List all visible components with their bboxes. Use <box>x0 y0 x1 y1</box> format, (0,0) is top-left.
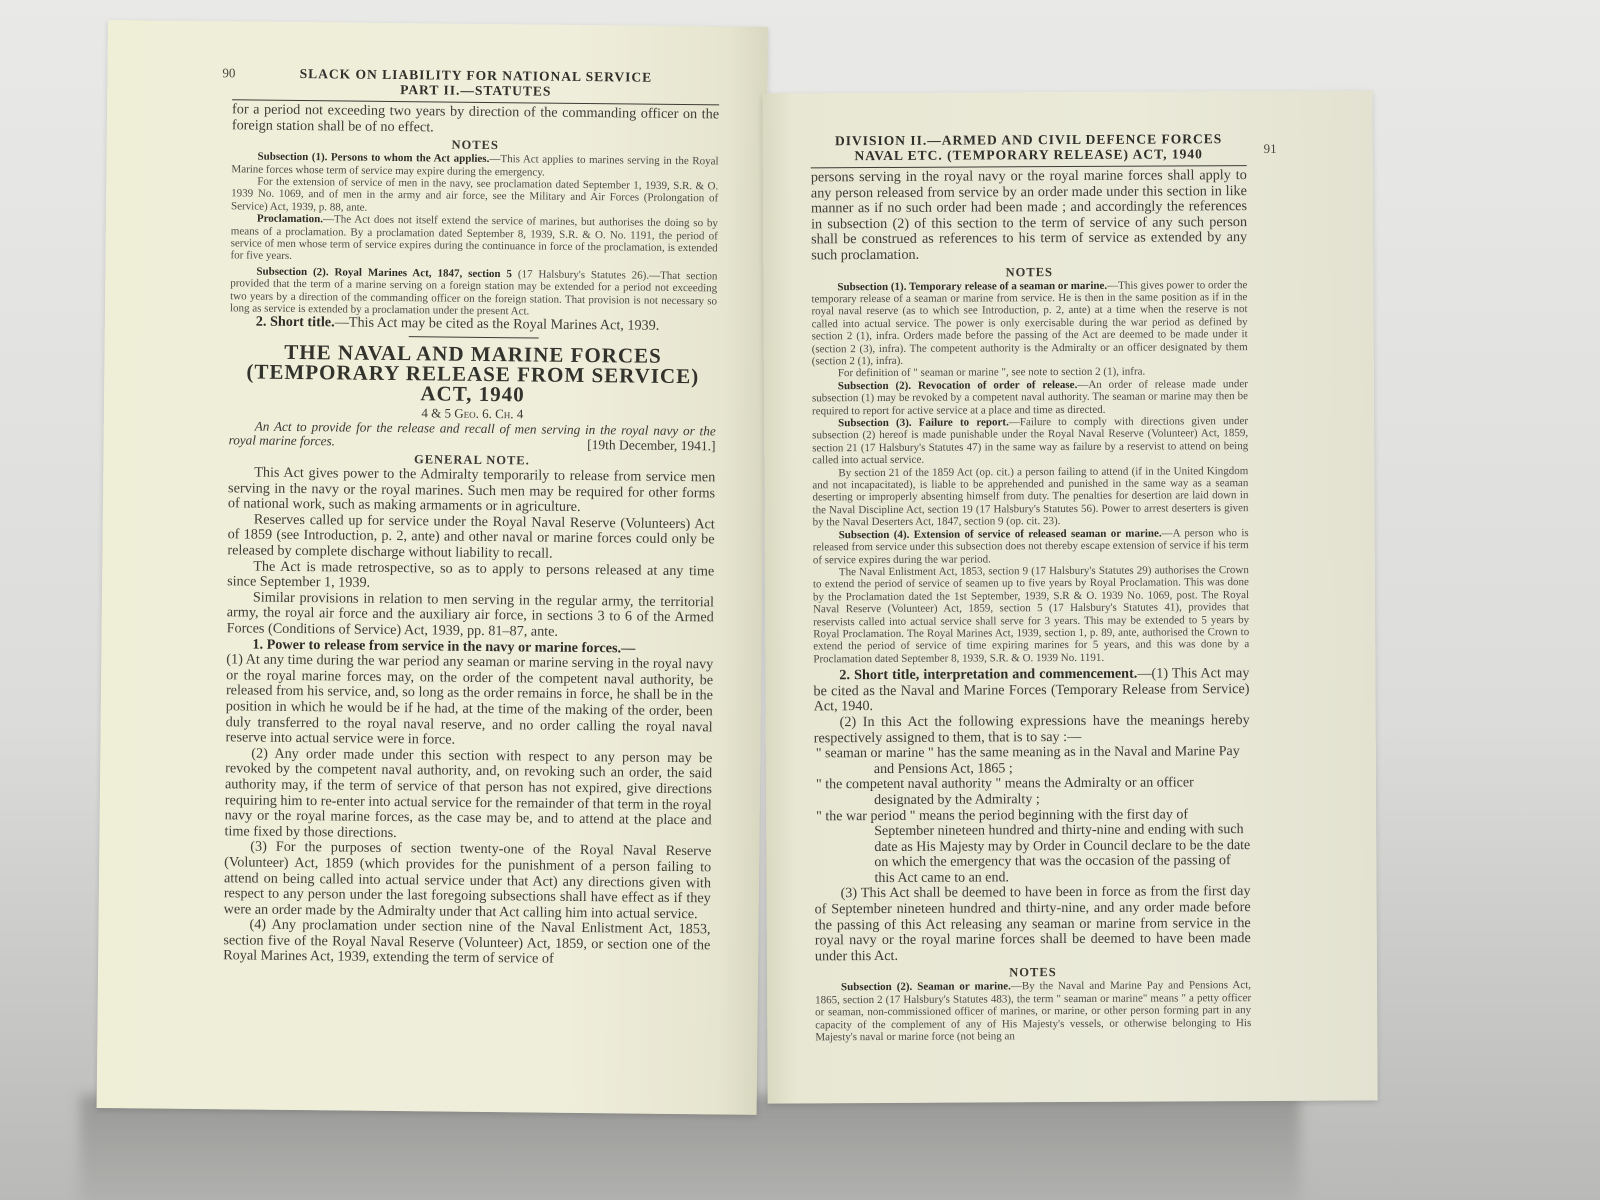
general-note-paragraph: This Act gives power to the Admiralty te… <box>228 465 715 517</box>
section-1-sub-1: (1) At any time during the war period an… <box>225 652 713 751</box>
note-paragraph: By section 21 of the 1859 Act (op. cit.)… <box>812 465 1248 529</box>
general-note-paragraph: Reserves called up for service under the… <box>227 512 714 564</box>
section-2-sub-2: (2) In this Act the following expression… <box>814 713 1250 746</box>
definition-item: " the war period " means the period begi… <box>814 807 1250 887</box>
left-page-content: 90 SLACK ON LIABILITY FOR NATIONAL SERVI… <box>223 65 719 969</box>
continuation-text: for a period not exceeding two years by … <box>232 102 719 138</box>
note-paragraph: Subsection (4). Extension of service of … <box>813 527 1249 567</box>
right-page-content: 91 DIVISION II.—ARMED AND CIVIL DEFENCE … <box>811 131 1252 1044</box>
general-note-paragraph: Similar provisions in relation to men se… <box>227 590 714 642</box>
act-title: THE NAVAL AND MARINE FORCES (TEMPORARY R… <box>229 341 717 406</box>
page-number: 90 <box>222 65 235 80</box>
definition-item: " the competent naval authority " means … <box>814 775 1250 808</box>
section-2-short-title: 2. Short title.—This Act may be cited as… <box>230 315 717 336</box>
definition-item: " seaman or marine " has the same meanin… <box>814 744 1250 777</box>
running-head-line-2: NAVAL ETC. (TEMPORARY RELEASE) ACT, 1940 <box>811 146 1247 163</box>
note-paragraph: The Naval Enlistment Act, 1853, section … <box>813 564 1250 666</box>
note-paragraph: Proclamation.—The Act does not itself ex… <box>230 213 717 268</box>
left-page: 90 SLACK ON LIABILITY FOR NATIONAL SERVI… <box>97 20 768 1115</box>
note-paragraph: Subsection (2). Royal Marines Act, 1847,… <box>230 265 717 320</box>
page-number: 91 <box>1264 141 1277 156</box>
section-1-sub-2: (2) Any order made under this section wi… <box>224 746 712 845</box>
continuation-text: persons serving in the royal navy or the… <box>811 168 1247 264</box>
right-page: 91 DIVISION II.—ARMED AND CIVIL DEFENCE … <box>762 90 1377 1103</box>
note-paragraph: Subsection (3). Failure to report.—Failu… <box>812 415 1248 467</box>
note-paragraph: Subsection (2). Seaman or marine.—By the… <box>815 979 1251 1043</box>
section-1-sub-4: (4) Any proclamation under section nine … <box>223 918 710 970</box>
section-1-sub-3: (3) For the purposes of section twenty-o… <box>224 840 712 923</box>
note-paragraph: Subsection (1). Temporary release of a s… <box>811 279 1247 368</box>
right-running-head: 91 DIVISION II.—ARMED AND CIVIL DEFENCE … <box>811 131 1247 163</box>
note-paragraph: Subsection (2). Revocation of order of r… <box>812 378 1248 418</box>
left-running-head: 90 SLACK ON LIABILITY FOR NATIONAL SERVI… <box>232 65 719 100</box>
note-paragraph: For the extension of service of men in t… <box>231 175 718 217</box>
section-2-sub-1: 2. Short title, interpretation and comme… <box>813 666 1249 715</box>
section-divider <box>408 336 538 338</box>
section-2-sub-3: (3) This Act shall be deemed to have bee… <box>815 885 1251 965</box>
